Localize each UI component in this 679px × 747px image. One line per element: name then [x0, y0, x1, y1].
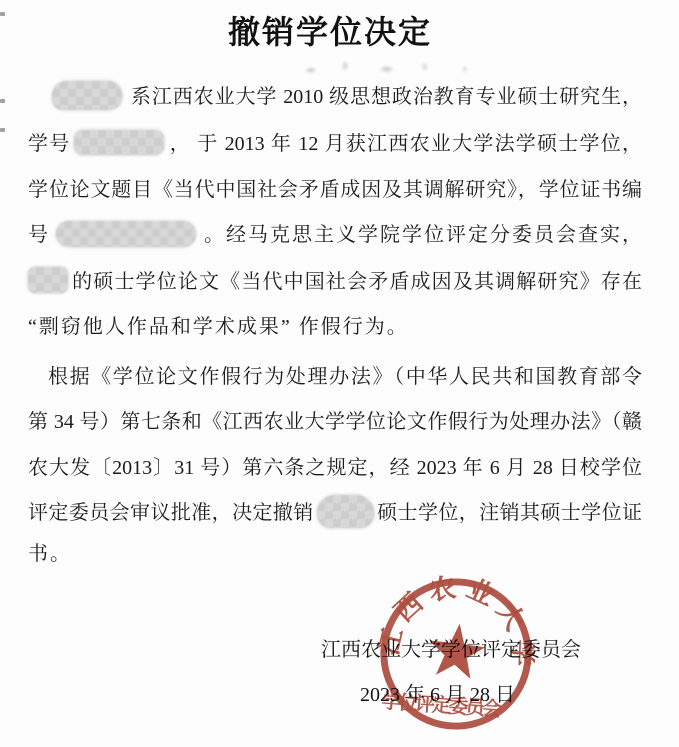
body-text: 的硕士学位论文《当代中国社会矛盾成因及其调解研究》存在 — [71, 271, 642, 293]
body-text: “剽窃他人作品和学术成果” 作假行为。 — [28, 316, 409, 338]
body-text: 学位论文题目《当代中国社会矛盾成因及其调解研究》，学位证书编 — [28, 179, 642, 201]
body-line: 农大发〔2013〕31 号）第六条之规定，经 2023 年 6 月 28 日校学… — [28, 454, 642, 482]
body-text: 系江西农业大学 2010 级思想政治教育专业硕士研究生， — [130, 86, 642, 108]
redaction-block-certificate-no — [56, 221, 196, 247]
body-line: 系江西农业大学 2010 级思想政治教育专业硕士研究生， — [28, 81, 642, 111]
body-text: 学号 — [28, 133, 70, 155]
body-line: 的硕士学位论文《当代中国社会矛盾成因及其调解研究》存在 — [28, 267, 642, 296]
body-line: “剽窃他人作品和学术成果” 作假行为。 — [28, 313, 642, 341]
redaction-block-student-id — [74, 130, 164, 155]
body-text: 评定委员会审议批准，决定撤销 — [28, 502, 314, 524]
body-text: 号 — [28, 224, 50, 246]
body-line: 号。经马克思主义学院学位评定分委员会查实， — [28, 221, 642, 249]
body-line: 学号， 于 2013 年 12 月获江西农业大学法学硕士学位， — [28, 130, 642, 158]
body-text: 农大发〔2013〕31 号）第六条之规定，经 2023 年 6 月 28 日校学… — [28, 457, 642, 479]
body-line: 第 34 号）第七条和《江西农业大学学位论文作假行为处理办法》（赣 — [28, 408, 642, 436]
document-page: 撤销学位决定 系江西农业大学 2010 级思想政治教育专业硕士研究生， 学号， … — [0, 0, 679, 747]
body-line: 书。 — [28, 540, 642, 568]
scan-edge-speck — [0, 99, 5, 103]
scan-edge-speck — [0, 128, 5, 132]
body-line: 学位论文题目《当代中国社会矛盾成因及其调解研究》，学位证书编 — [28, 176, 642, 204]
seal-star-icon — [425, 620, 487, 680]
page-title: 撤销学位决定 — [0, 7, 660, 53]
body-text: ， 于 2013 年 12 月获江西农业大学法学硕士学位， — [168, 133, 642, 155]
body-text: 硕士学位，注销其硕士学位证 — [377, 502, 642, 524]
redaction-block-name — [52, 81, 122, 110]
redaction-block-name — [317, 495, 374, 528]
body-text: 。经马克思主义学院学位评定分委员会查实， — [202, 224, 642, 246]
ink-bleed-smudge — [288, 57, 478, 79]
body-line: 根据《学位论文作假行为处理办法》（中华人民共和国教育部令 — [28, 363, 642, 391]
official-seal: 江西农业大学 学位评定委员会 — [377, 575, 535, 733]
scan-edge-speck — [0, 12, 5, 16]
body-text: 根据《学位论文作假行为处理办法》（中华人民共和国教育部令 — [48, 366, 642, 388]
official-seal-graphic: 江西农业大学 学位评定委员会 — [377, 575, 535, 733]
body-text: 书。 — [28, 543, 72, 565]
body-text: 第 34 号）第七条和《江西农业大学学位论文作假行为处理办法》（赣 — [28, 411, 642, 433]
seal-bottom-text: 学位评定委员会 — [381, 690, 503, 721]
body-line: 评定委员会审议批准，决定撤销硕士学位，注销其硕士学位证 — [28, 495, 642, 528]
redaction-block-name — [28, 267, 68, 293]
